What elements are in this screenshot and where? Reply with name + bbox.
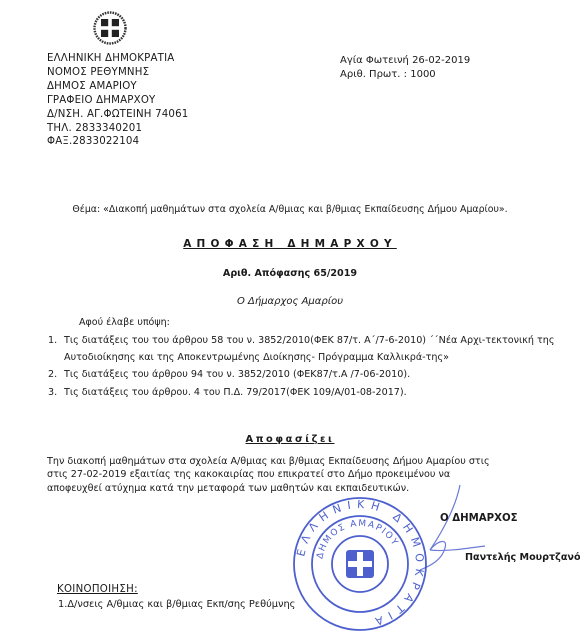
provision-item: 1. Τις διατάξεις του του άρθρου 58 του ν…: [48, 332, 568, 366]
decision-body-line: Την διακοπή μαθημάτων στα σχολεία Α/θμια…: [47, 455, 567, 468]
header-line: ΝΟΜΟΣ ΡΕΘΥΜΝΗΣ: [47, 66, 188, 80]
provision-number: 3.: [48, 384, 57, 401]
document-title-text: ΑΠΟΦΑΣΗ ΔΗΜΑΡΧΟΥ: [183, 238, 397, 250]
signatory-role: Ο ΔΗΜΑΡΧΟΣ: [440, 513, 518, 524]
issuer-header: ΕΛΛΗΝΙΚΗ ΔΗΜΟΚΡΑΤΙΑ ΝΟΜΟΣ ΡΕΘΥΜΝΗΣ ΔΗΜΟΣ…: [47, 52, 188, 149]
provision-item: 2. Τις διατάξεις του άρθρου 94 του ν. 38…: [48, 366, 568, 383]
taking-into-account: Αφού έλαβε υπόψη:: [79, 317, 170, 328]
provision-text: Τις διατάξεις του άρθρου. 4 του Π.Δ. 79/…: [64, 387, 407, 398]
provision-number: 1.: [48, 332, 57, 349]
place-date: Αγία Φωτεινή 26-02-2019: [340, 54, 470, 68]
header-line: Δ/ΝΣΗ. ΑΓ.ΦΩΤΕΙΝΗ 74061: [47, 108, 188, 122]
handwritten-signature-icon: [400, 480, 510, 580]
provisions-list: 1. Τις διατάξεις του του άρθρου 58 του ν…: [48, 332, 568, 401]
notification-heading: ΚΟΙΝΟΠΟΙΗΣΗ:: [57, 584, 138, 595]
provision-text: Τις διατάξεις του του άρθρου 58 του ν. 3…: [64, 335, 554, 363]
signatory-name: Παντελής Μουρτζανός: [465, 552, 580, 563]
header-line: ΓΡΑΦΕΙΟ ΔΗΜΑΡΧΟΥ: [47, 94, 188, 108]
provision-item: 3. Τις διατάξεις του άρθρου. 4 του Π.Δ. …: [48, 384, 568, 401]
header-line: ΤΗΛ. 2833340201: [47, 122, 188, 136]
subject-line: Θέμα: «Διακοπή μαθημάτων στα σχολεία Α/θ…: [0, 204, 580, 215]
mayor-heading: Ο Δήμαρχος Αμαρίου: [0, 296, 580, 307]
decision-number: Αριθ. Απόφασης 65/2019: [0, 268, 580, 279]
protocol-number: Αριθ. Πρωτ. : 1000: [340, 68, 470, 82]
greek-coat-of-arms-icon: [93, 11, 127, 45]
decides-heading-text: Αποφασίζει: [246, 434, 335, 445]
notification-item: 1.Δ/νσεις Α/θμιας και β/θμιας Εκπ/σης Ρε…: [58, 599, 295, 610]
document-title: ΑΠΟΦΑΣΗ ΔΗΜΑΡΧΟΥ: [0, 238, 580, 250]
document-meta: Αγία Φωτεινή 26-02-2019 Αριθ. Πρωτ. : 10…: [340, 54, 470, 81]
header-line: ΕΛΛΗΝΙΚΗ ΔΗΜΟΚΡΑΤΙΑ: [47, 52, 188, 66]
header-line: ΦΑΞ.2833022104: [47, 135, 188, 149]
header-line: ΔΗΜΟΣ ΑΜΑΡΙΟΥ: [47, 80, 188, 94]
provision-text: Τις διατάξεις του άρθρου 94 του ν. 3852/…: [64, 369, 410, 380]
decides-heading: Αποφασίζει: [0, 434, 580, 445]
provision-number: 2.: [48, 366, 57, 383]
